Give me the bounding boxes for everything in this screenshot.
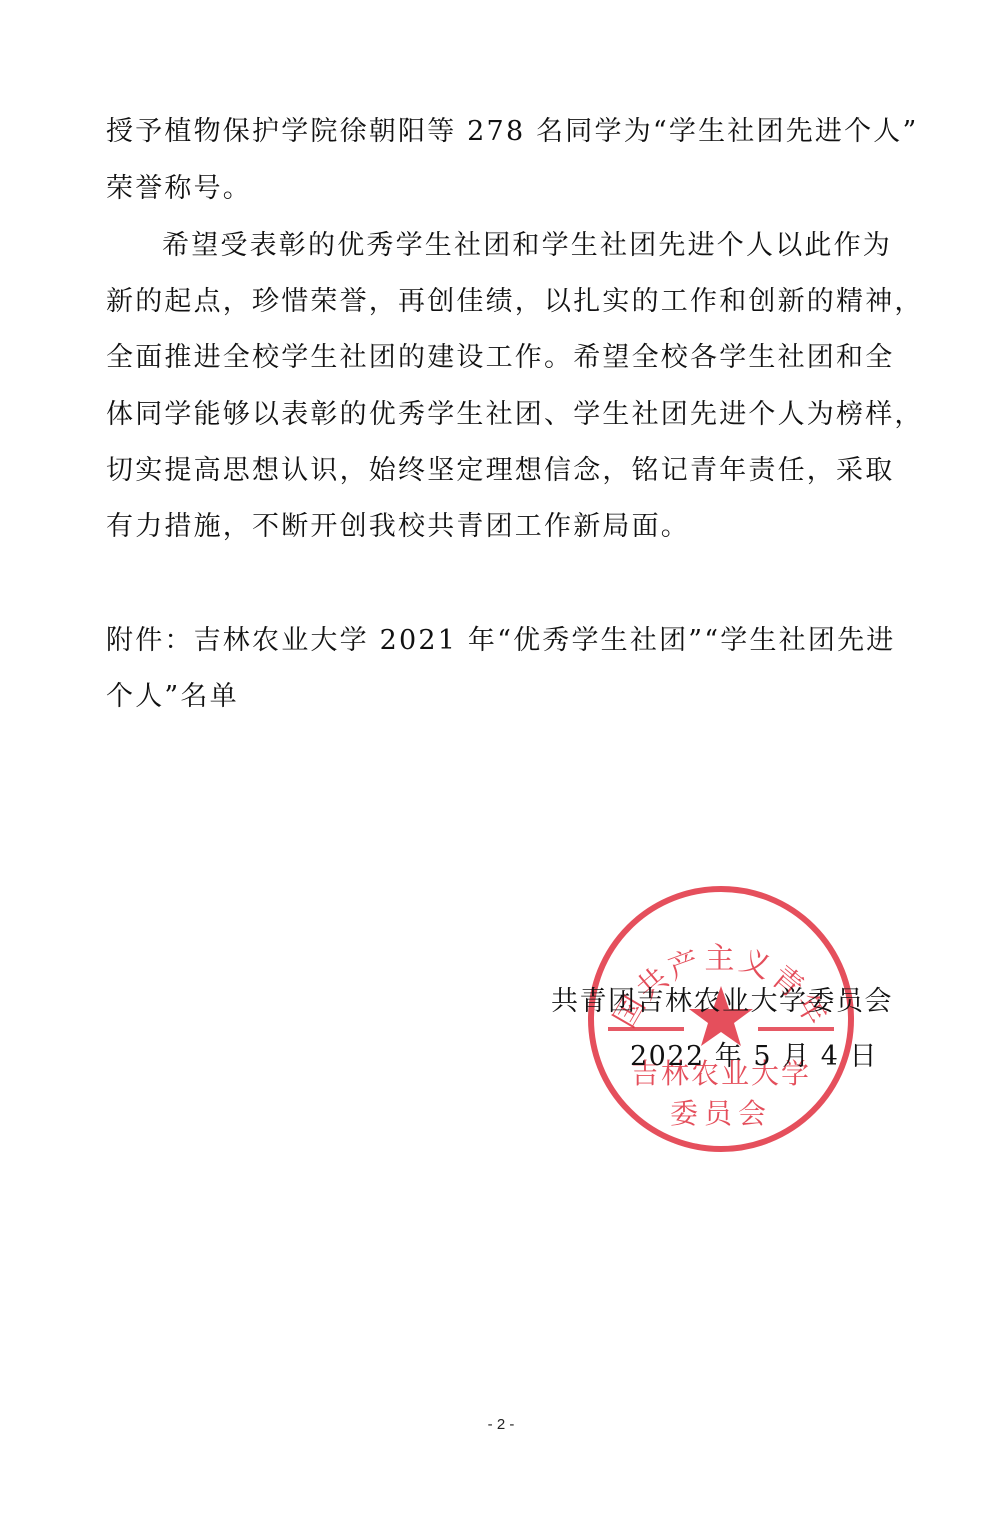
official-seal: 中国共产主义青年团 吉林农业大学 委员会 — [586, 883, 856, 1155]
attachment-line-1: 附件：吉林农业大学 2021 年“优秀学生社团”“学生社团先进 — [106, 625, 896, 657]
document-page: 授予植物保护学院徐朝阳等 278 名同学为“学生社团先进个人” 荣誉称号。 希望… — [0, 0, 1002, 1527]
attachment-line-2: 个人”名单 — [106, 681, 239, 713]
paragraph-2-line-1: 希望受表彰的优秀学生社团和学生社团先进个人以此作为 — [162, 230, 892, 262]
seal-icon: 中国共产主义青年团 吉林农业大学 委员会 — [586, 883, 856, 1155]
paragraph-1-line-2: 荣誉称号。 — [106, 173, 252, 205]
signature-organization: 共青团吉林农业大学委员会 — [551, 986, 893, 1018]
paragraph-1-line-1: 授予植物保护学院徐朝阳等 278 名同学为“学生社团先进个人” — [106, 116, 919, 148]
paragraph-2-line-6: 有力措施，不断开创我校共青团工作新局面。 — [106, 511, 690, 543]
seal-inner-line-2: 委员会 — [670, 1097, 772, 1130]
paragraph-2-line-2: 新的起点，珍惜荣誉，再创佳绩，以扎实的工作和创新的精神， — [106, 286, 924, 318]
signature-date: 2022 年 5 月 4 日 — [630, 1041, 878, 1073]
paragraph-2-line-5: 切实提高思想认识，始终坚定理想信念，铭记青年责任，采取 — [106, 455, 894, 487]
paragraph-2-line-4: 体同学能够以表彰的优秀学生社团、学生社团先进个人为榜样， — [106, 399, 924, 431]
paragraph-2-line-3: 全面推进全校学生社团的建设工作。希望全校各学生社团和全 — [106, 342, 894, 374]
page-number: - 2 - — [0, 1416, 1002, 1433]
